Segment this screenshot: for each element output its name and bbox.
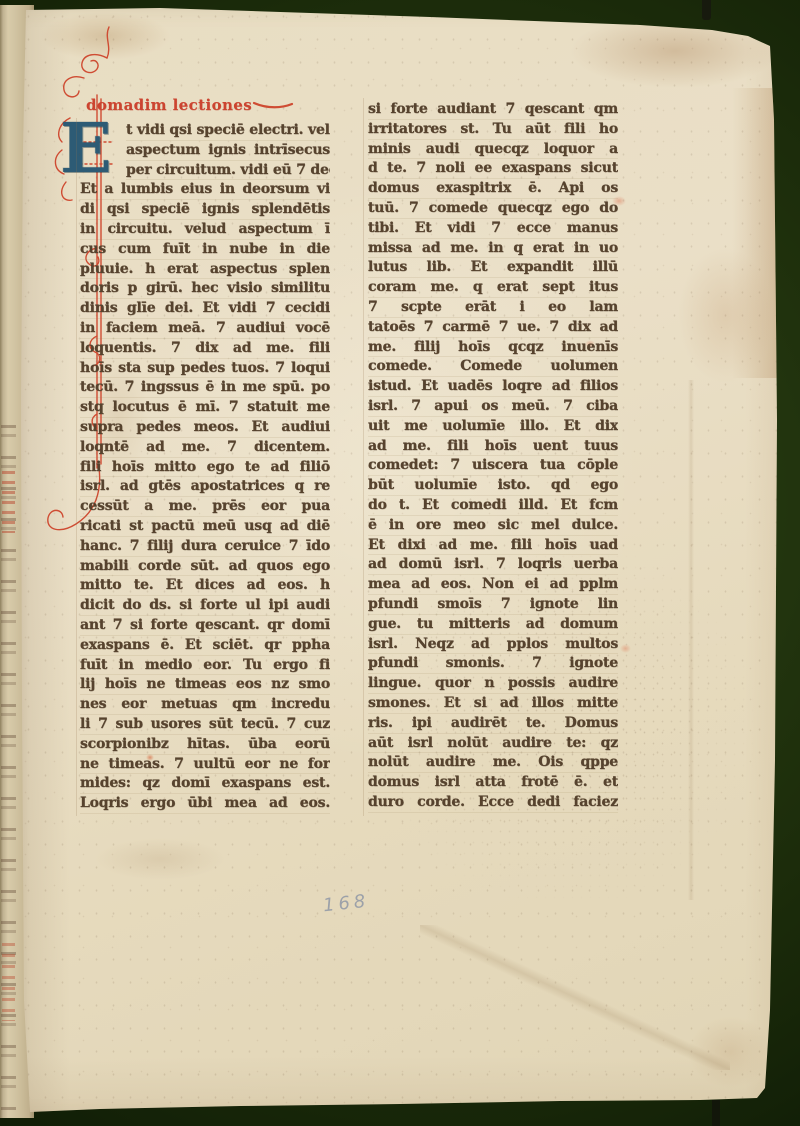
manuscript-text-line: mabili corde sūt. ad quos ego (80, 557, 330, 577)
ribbon-mark-top (702, 0, 711, 20)
stain (678, 248, 773, 383)
manuscript-text-line: nes eor metuas qm incredu (80, 695, 330, 715)
manuscript-text-line: ricati st pactū meū usq ad diē (80, 517, 330, 537)
manuscript-text-line: minis audi quecqz loquor a (368, 140, 618, 160)
manuscript-text-line: tibi. Et vidi 7 ecce manus (368, 219, 618, 239)
manuscript-text-line: domus exaspitrix ē. Api os (368, 179, 618, 199)
manuscript-text-line: aspectum ignis intrīsecus (126, 141, 330, 161)
manuscript-text-line: me. filij hoīs qcqz inuenīs (368, 338, 618, 358)
manuscript-text-line: d te. 7 noli ee exaspans sicut (368, 159, 618, 179)
stain (620, 644, 631, 653)
stain (688, 1016, 773, 1088)
manuscript-text-line: exaspans ē. Et sciēt. qr ppha (80, 636, 330, 656)
text-column-right: si forte audiant 7 qescant qmirritatores… (368, 100, 618, 813)
manuscript-text-line: isrl. ad gtēs apostatrices q re (80, 477, 330, 497)
manuscript-text-line: cus cum fuīt in nube in die (80, 240, 330, 260)
edge-text-fragments-red (2, 943, 15, 1021)
edge-text-fragments-red (2, 471, 15, 533)
column-ruling (76, 118, 77, 816)
manuscript-text-line: ad me. fili hoīs uent tuus (368, 437, 618, 457)
manuscript-text-line: dinis glīe dei. Et vidi 7 cecidi (80, 299, 330, 319)
manuscript-text-line: pluuie. h erat aspectus splen (80, 260, 330, 280)
manuscript-text-line: tuū. 7 comede quecqz ego do (368, 199, 618, 219)
manuscript-text-line: lij hoīs ne timeas eos nz smo (80, 675, 330, 695)
manuscript-text-line: loquentis. 7 dix ad me. fili (80, 339, 330, 359)
manuscript-text-line: isrl. 7 apui os meū. 7 ciba (368, 397, 618, 417)
manuscript-text-line: mea ad eos. Non ei ad pplm (368, 575, 618, 595)
manuscript-text-line: doris p girū. hec visio similitu (80, 279, 330, 299)
manuscript-text-line: di qsi speciē ignis splendētis (80, 200, 330, 220)
manuscript-text-line: t vidi qsi speciē electri. velud (126, 121, 330, 141)
manuscript-text-line: būt uolumīe isto. qd ego (368, 476, 618, 496)
manuscript-text-line: cessūt a me. prēs eor pua (80, 497, 330, 517)
manuscript-text-line: gue. tu mitteris ad domum (368, 615, 618, 635)
manuscript-text-line: supra pedes meos. Et audiui (80, 418, 330, 438)
manuscript-text-line: in circuitu. velud aspectum ī (80, 220, 330, 240)
manuscript-text-line: Et dixi ad me. fili hoīs uad (368, 536, 618, 556)
stain (95, 838, 225, 880)
photo-backdrop: domadim lectiones E t vidi qsi speciē el… (0, 0, 800, 1126)
manuscript-text-line: missa ad me. in q erat in uo (368, 239, 618, 259)
manuscript-text-line: ris. ipi audirēt te. Domus (368, 714, 618, 734)
manuscript-text-line: Et a lumbis eius in deorsum vi (80, 180, 330, 200)
manuscript-text-line: coram me. q erat sept itus (368, 278, 618, 298)
manuscript-text-line: si forte audiant 7 qescant qm (368, 100, 618, 120)
manuscript-text-line: dicit do ds. si forte ul ipi audi (80, 596, 330, 616)
stain (40, 12, 170, 60)
manuscript-text-line: hoīs sta sup pedes tuos. 7 loqui (80, 359, 330, 379)
manuscript-text-line: smones. Et si ad illos mitte (368, 694, 618, 714)
manuscript-text-line: ē in ore meo sic mel dulce. (368, 516, 618, 536)
crease (676, 380, 706, 900)
manuscript-leaf: domadim lectiones E t vidi qsi speciē el… (0, 0, 800, 1126)
manuscript-text-line: fuīt in medio eor. Tu ergo fi (80, 656, 330, 676)
manuscript-text-line: irritatores st. Tu aūt fili ho (368, 120, 618, 140)
column-ruling (363, 98, 364, 816)
manuscript-text-line: per circuitum. vidi eū 7 deorsū. (126, 161, 330, 181)
manuscript-text-line: pfundi smoīs 7 ignote lin (368, 595, 618, 615)
ribbon-mark-bottom (712, 1100, 720, 1126)
manuscript-text-line: duro corde. Ecce dedi faciez (368, 793, 618, 813)
manuscript-text-line: ad domū isrl. 7 loqris uerba (368, 555, 618, 575)
manuscript-text-line: istud. Et uadēs loqre ad filios (368, 377, 618, 397)
manuscript-text-line: comede. Comede uolumen (368, 357, 618, 377)
manuscript-text-line: Loqris ergo ūbi mea ad eos. (80, 794, 330, 814)
manuscript-text-line: aūt isrl nolūt audire te: qz (368, 734, 618, 754)
manuscript-text-line: mitto te. Et dices ad eos. h (80, 576, 330, 596)
manuscript-text-line: in faciem meā. 7 audiui vocē (80, 319, 330, 339)
manuscript-text-line: lingue. quor n possis audire (368, 674, 618, 694)
manuscript-text-line: uit me uolumīe illo. Et dix (368, 417, 618, 437)
stain (570, 14, 780, 88)
manuscript-text-line: hanc. 7 filij dura ceruice 7 īdo (80, 537, 330, 557)
manuscript-text-line: tatoēs 7 carmē 7 ue. 7 dix ad (368, 318, 618, 338)
manuscript-text-line: comedet: 7 uiscera tua cōple (368, 456, 618, 476)
manuscript-text-line: ant 7 si forte qescant. qr domī (80, 616, 330, 636)
manuscript-text-line: li 7 sub usores sūt tecū. 7 cuz (80, 715, 330, 735)
manuscript-text-line: loqntē ad me. 7 dicentem. (80, 438, 330, 458)
manuscript-text-line: isrl. Neqz ad pplos multos (368, 635, 618, 655)
manuscript-text-line: fili hoīs mitto ego te ad filiō (80, 458, 330, 478)
manuscript-text-line: stq locutus ē mī. 7 statuit me (80, 398, 330, 418)
crease (420, 925, 730, 1070)
manuscript-text-line: 7 scpte erāt i eo lam (368, 298, 618, 318)
manuscript-text-line: domus isrl atta frotē ē. et (368, 773, 618, 793)
manuscript-text-line: mides: qz domī exaspans est. (80, 774, 330, 794)
text-column-left: t vidi qsi speciē electri. veludaspectum… (80, 121, 330, 814)
stain (732, 88, 778, 378)
manuscript-text-line: scorpionibz hītas. ūba eorū (80, 735, 330, 755)
manuscript-text-line: do t. Et comedi illd. Et fcm (368, 496, 618, 516)
folio-number-pencil: 168 (322, 891, 370, 917)
manuscript-text-line: pfundi smonis. 7 ignote (368, 654, 618, 674)
manuscript-text-line: ne timeas. 7 uultū eor ne for (80, 755, 330, 775)
manuscript-text-line: tecū. 7 ingssus ē in me spū. po (80, 378, 330, 398)
manuscript-text-line: lutus lib. Et expandit illū (368, 258, 618, 278)
manuscript-text-line: nolūt audire me. Ois qppe (368, 753, 618, 773)
